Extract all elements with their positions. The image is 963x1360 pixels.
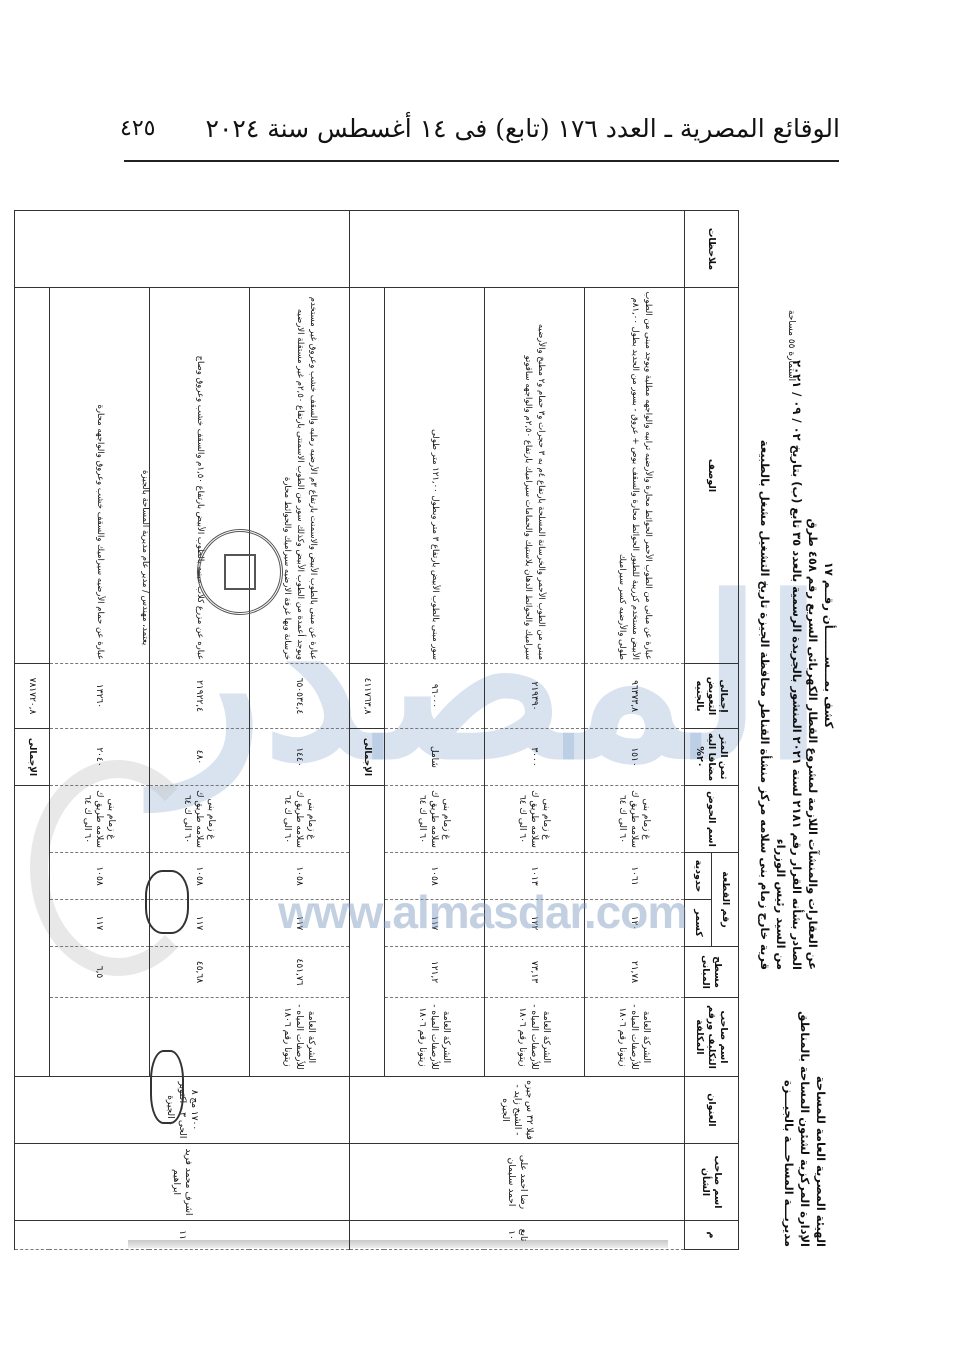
cell-hod-name: غ زمام بنى سلامه طريق ك ٦٠ الى ك ٦٤ (250, 786, 350, 853)
table-row: ١١اشرف محمد فريد ابراهيم١٧٠٠ مج ٨ الحى ٣… (250, 211, 350, 1250)
cell-owner: رضا احمد على احمد سليمان (350, 1144, 685, 1221)
group-total-label: الإجمالى (15, 729, 50, 786)
table-row: تابع ١٠رضا احمد على احمد سليمانفيلا ٣٢ س… (585, 211, 685, 1250)
cell-area: ٤٥,٦٨ (150, 947, 250, 998)
form-serial: استمارة ٥٥ مساحة (783, 310, 799, 381)
col-area: مسطح المبانى (685, 947, 739, 998)
cell-unit-price: ١٤٤٠ (250, 729, 350, 786)
cell-index: ١١ (15, 1221, 350, 1250)
col-parcel: رقم القطعة (712, 853, 739, 947)
cell-unit-price: ١٥١٠ (585, 729, 685, 786)
cell-notes (350, 211, 685, 288)
page-title: الوقائع المصرية ـ العدد ١٧٦ (تابع) فى ١٤… (206, 114, 840, 143)
cell-description: مبنى من الطوب الأحمر والخرسانة المسلحة ب… (485, 288, 585, 664)
total-row-spacer (15, 288, 50, 664)
cell-kisma: ١١٧ (385, 900, 485, 947)
cell-area: ٢١,٧٨ (585, 947, 685, 998)
group-total-value: ٧٨١٧٢٠,٨ (15, 664, 50, 729)
cell-assignment (50, 998, 150, 1077)
cell-kisma: ١٢٢ (485, 900, 585, 947)
cell-owner: اشرف محمد فريد ابراهيم (15, 1144, 350, 1221)
cell-assignment: الشركة العامة للأرصفات المياه - زيتونا ر… (250, 998, 350, 1077)
col-hod: اسم الحوض (685, 786, 739, 853)
cell-unit-price: ٢٠٤٠ (50, 729, 150, 786)
cell-total: ٩٦٠٠٠ (385, 664, 485, 729)
cell-hod-number: ١٠٥٨ (250, 853, 350, 900)
signature-block: يعتمد، مهندس / مدير عام مديرية المساحة ب… (140, 470, 150, 645)
signature-title: مهندس / مدير عام مديرية المساحة بالجيزة (140, 470, 150, 622)
group-total-label: الإجمالى (350, 729, 385, 786)
col-assignment: اسم صاحب التكليف ورقم المكلفة (685, 998, 739, 1077)
cell-description: عبارة عن مبانى من الطوب الأحمر الحوائط م… (585, 288, 685, 664)
col-address: العنوان (685, 1077, 739, 1144)
org-line: الهيئة المصرية العامة للمساحة (813, 987, 829, 1247)
cell-total: ٢١٩٣٩٠ (485, 664, 585, 729)
org-line: مديريـــة المساحـــة بالجيـــزة (781, 987, 797, 1247)
cell-area: ٦,٥ (50, 947, 150, 998)
official-stamp-icon (197, 529, 283, 615)
cell-unit-price: ٣٠٠٠ (485, 729, 585, 786)
cell-hod-name: غ زمام بنى سلامه طريق ك ٦٠ الى ك ٦٤ (585, 786, 685, 853)
col-notes: ملاحظات (685, 211, 739, 288)
signature-scribble-icon (150, 1050, 184, 1124)
col-owner: اسم صاحب الشأن (685, 1144, 739, 1221)
title-line: عن العقارات والمنشآت اللازمة لمشروع القط… (805, 350, 821, 970)
statement-title: كشف بمـــســـــــأن رقــم ١٧ عن العقارات… (757, 350, 837, 970)
org-line: الإدارة المركزية لشئون المساحة بالمناطق (797, 987, 813, 1247)
col-total: إجمالى التعويض بالجنيه (685, 664, 739, 729)
cell-hod-number: ١٠٦١ (585, 853, 685, 900)
cell-hod-name: غ زمام بنى سلامه طريق ك ٦٠ الى ك ٦٤ (50, 786, 150, 853)
rotated-document: الهيئة المصرية العامة للمساحة الإدارة ال… (131, 200, 843, 1255)
cell-address: فيلا ٣٢ س جيزه - الشيخ زايد - الجيزه (350, 1077, 685, 1144)
compensation-table: م اسم صاحب الشأن العنوان اسم صاحب التكلي… (14, 210, 739, 1250)
total-row-spacer (350, 786, 385, 1077)
cell-hod-number: ١٠١٣ (485, 853, 585, 900)
cell-hod-number: ١٠٥٨ (385, 853, 485, 900)
col-index: م (685, 1221, 739, 1250)
cell-hod-name: غ زمام بنى سلامه طريق ك ٦٠ الى ك ٦٤ (385, 786, 485, 853)
cell-kisma: ١١٧ (50, 900, 150, 947)
cell-assignment: الشركة العامة للأرصفات المياه - زيتونا ر… (485, 998, 585, 1077)
col-hod-number: حدودية (685, 853, 712, 900)
cell-total: ١٣٢٦٠ (50, 664, 150, 729)
cell-area: ١٢١,٢ (385, 947, 485, 998)
header-divider (124, 160, 839, 162)
signature-label: يعتمد، (140, 624, 150, 645)
table-body: تابع ١٠رضا احمد على احمد سليمانفيلا ٣٢ س… (15, 211, 685, 1250)
table-header-row: م اسم صاحب الشأن العنوان اسم صاحب التكلي… (712, 211, 739, 1250)
cell-description: عبارة عن حمام الأرضيه سيراميك والسقف خشب… (50, 288, 150, 664)
cell-notes (15, 211, 350, 288)
col-description: الوصف (685, 288, 739, 664)
page-header: الوقائع المصرية ـ العدد ١٧٦ (تابع) فى ١٤… (120, 108, 840, 148)
document-titles: الهيئة المصرية العامة للمساحة الإدارة ال… (743, 200, 843, 1255)
title-line: كشف بمـــســـــــأن رقــم ١٧ (821, 350, 837, 940)
cell-unit-price: شامل (385, 729, 485, 786)
group-total-value: ٤١١٧٦٣,٨ (350, 664, 385, 729)
cell-kisma: ١٢٠ (585, 900, 685, 947)
cell-description: سور مبنى بالطوب الأبيض بارتفاع ٣ متر وبط… (385, 288, 485, 664)
col-kisma: كسمر (685, 900, 712, 947)
organization-block: الهيئة المصرية العامة للمساحة الإدارة ال… (781, 987, 829, 1247)
cell-total: ٦٥٠٥٣٤,٤ (250, 664, 350, 729)
title-line: قرية خارج زمام بنى سلامه مركز منشأة القن… (757, 350, 773, 970)
cell-index: تابع ١٠ (350, 1221, 685, 1250)
title-line: الصادر بشأنه القرار رقم ٢١٨١ لسنة ٢٠٢١ ا… (773, 350, 805, 970)
signature-scribble-icon (145, 870, 189, 934)
cell-total: ٢١٩٢٢,٤ (150, 664, 250, 729)
total-row-spacer (350, 288, 385, 664)
page-number: ٤٢٥ (120, 116, 155, 141)
cell-area: ٧٣,١٣ (485, 947, 585, 998)
cell-kisma: ١١٧ (250, 900, 350, 947)
cell-total: ٩٦٣٧٣,٨ (585, 664, 685, 729)
cell-unit-price: ٤٨٠ (150, 729, 250, 786)
cell-assignment: الشركة العامة للأرصفات المياه - زيتونا ر… (585, 998, 685, 1077)
cell-hod-name: غ زمام بنى سلامه طريق ك ٦٠ الى ك ٦٤ (485, 786, 585, 853)
total-row-spacer (15, 786, 50, 1077)
cell-hod-number: ١٠٥٨ (50, 853, 150, 900)
col-unit-price: ثمن المتر مضافا اليه ٢٠% (685, 729, 739, 786)
cell-area: ٤٥١,٧٦ (250, 947, 350, 998)
cell-assignment: الشركة العامة للأرصفات المياه - زيتونا ر… (385, 998, 485, 1077)
cell-hod-name: غ زمام بنى سلامه طريق ك ٦٠ الى ك ٦٤ (150, 786, 250, 853)
